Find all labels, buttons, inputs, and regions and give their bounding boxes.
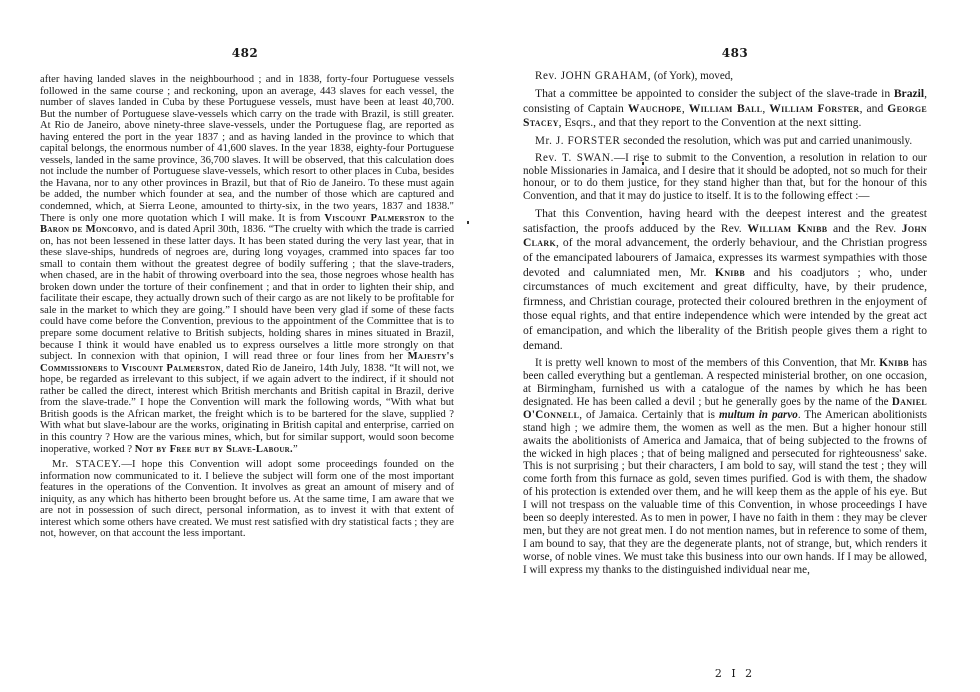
text-run: to: [108, 363, 122, 374]
speck: [642, 162, 644, 165]
styled-text: Knibb: [715, 266, 745, 279]
resolution-paragraph: That a committee be appointed to conside…: [523, 87, 927, 131]
page-number: 483: [490, 46, 980, 60]
text-run: It is pretty well known to most of the m…: [535, 357, 879, 369]
paragraph: after having landed slaves in the neighb…: [40, 74, 454, 455]
speaker-name: Rev. JOHN GRAHAM,: [535, 70, 651, 82]
right-page: 483 Rev. JOHN GRAHAM, (of York), moved,T…: [490, 0, 980, 692]
paragraph: It is pretty well known to most of the m…: [523, 357, 927, 576]
text-run: to the: [425, 213, 454, 224]
styled-text: William Knibb: [747, 222, 827, 235]
paragraph: Mr. J. FORSTER seconded the resolution, …: [523, 135, 927, 148]
text-run: after having landed slaves in the neighb…: [40, 74, 454, 224]
styled-text: Brazil: [894, 87, 924, 100]
page-body: after having landed slaves in the neighb…: [40, 74, 454, 540]
text-run: , and: [860, 102, 888, 115]
text-run: , and is dated April 30th, 1836. “The cr…: [40, 224, 454, 362]
text-run: ”: [293, 444, 298, 455]
paragraph: Rev. T. SWAN.—I rise to submit to the Co…: [523, 152, 927, 204]
styled-text: Viscount Palmerston: [324, 213, 425, 224]
speck: [467, 221, 469, 224]
speaker-name: Rev. T. SWAN.: [535, 152, 614, 164]
styled-text: multum in parvo: [719, 409, 798, 421]
text-run: seconded the resolution, which was put a…: [620, 135, 912, 147]
styled-text: William Ball: [689, 102, 763, 115]
speaker-name: Mr. STACEY.: [52, 459, 121, 470]
signature-mark: 2 I 2: [490, 667, 980, 680]
paragraph: Mr. STACEY.—I hope this Convention will …: [40, 459, 454, 540]
styled-text: Not by Free but by Slave-Labour.: [135, 444, 293, 455]
styled-text: William Forster: [769, 102, 859, 115]
page-number: 482: [0, 46, 490, 60]
text-run: (of York), moved,: [651, 70, 733, 82]
speaker-name: Mr. J. FORSTER: [535, 135, 620, 147]
left-page: 482 after having landed slaves in the ne…: [0, 0, 490, 692]
paragraph: Rev. JOHN GRAHAM, (of York), moved,: [523, 70, 927, 83]
styled-text: Knibb: [879, 357, 909, 369]
text-run: —I hope this Convention will adopt some …: [40, 459, 454, 539]
page-body: Rev. JOHN GRAHAM, (of York), moved,That …: [523, 70, 927, 577]
text-run: . The American abolitionists stand high …: [523, 409, 927, 576]
text-run: , dated Rio de Janeiro, 14th July, 1838.…: [40, 363, 454, 455]
styled-text: Baron de Moncorvo: [40, 224, 134, 235]
styled-text: Wauchope: [628, 102, 682, 115]
text-run: and the Rev.: [827, 222, 901, 235]
text-run: , Esqrs., and that they report to the Co…: [559, 116, 862, 129]
resolution-paragraph: That this Convention, having heard with …: [523, 207, 927, 353]
text-run: ,: [682, 102, 689, 115]
text-run: , of Jamaica. Certainly that is: [579, 409, 719, 421]
text-run: That a committee be appointed to conside…: [535, 87, 894, 100]
styled-text: Viscount Palmerston: [121, 363, 220, 374]
